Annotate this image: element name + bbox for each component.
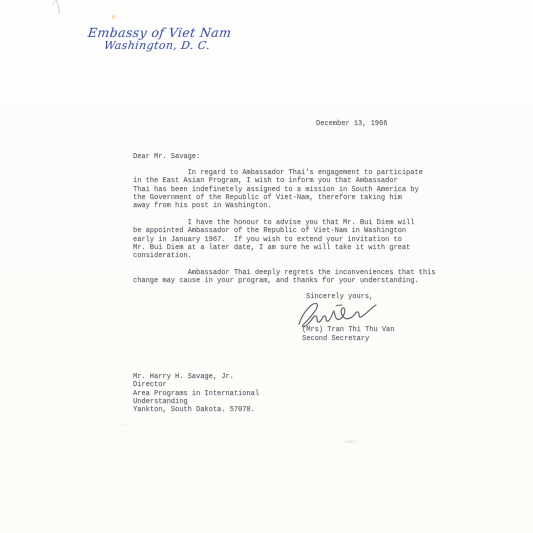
body-paragraph-3: Ambassador Thai deeply regrets the incon…	[133, 269, 435, 286]
letterhead-emblem-mark	[112, 15, 115, 19]
salutation: Dear Mr. Savage:	[133, 153, 200, 161]
scan-smudge	[340, 438, 362, 445]
recipient-address-block: Mr. Harry H. Savage, Jr. Director Area P…	[133, 373, 259, 414]
scan-smudge	[118, 423, 133, 427]
letterhead-embassy-line: Embassy of Viet Nam	[87, 25, 232, 40]
body-paragraph-2: I have the honour to advise you that Mr.…	[133, 219, 414, 260]
date-line: December 13, 1966	[316, 120, 387, 128]
letter-page: Embassy of Viet Nam Washington, D. C. De…	[0, 0, 533, 533]
signer-name-line: (Mrs) Tran Thi Thu Van	[302, 326, 394, 334]
letterhead-city-line: Washington, D. C.	[103, 39, 211, 52]
signer-title-line: Second Secretary	[302, 335, 369, 343]
body-paragraph-1: In regard to Ambassador Thai's engagemen…	[133, 169, 423, 210]
scan-corner-mark-icon	[48, 0, 68, 18]
